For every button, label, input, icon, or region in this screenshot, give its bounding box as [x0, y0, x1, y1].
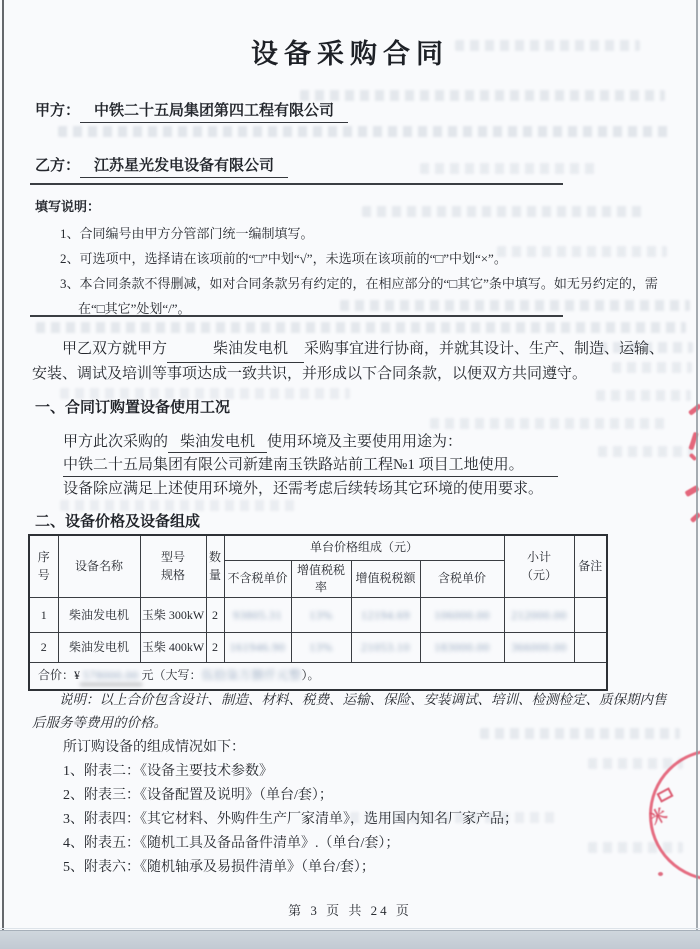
total-cell: 合价：¥578000.00元（大写：伍拾柒万捌仟元整）。 [29, 663, 607, 690]
redacted-value: 212000.00 [511, 607, 567, 624]
cell-model: 玉柴 300kW [140, 598, 206, 633]
section1-heading: 一、合同订购置设备使用工况 [35, 396, 230, 417]
scan-edge-right [696, 0, 698, 949]
section1-line1: 甲方此次采购的柴油发电机使用环境及主要使用用途为： [63, 430, 462, 453]
cell-vat-rate: 13% [291, 598, 351, 633]
bleedthrough-smudge [36, 322, 686, 333]
cell-qty: 2 [206, 598, 224, 633]
page-number: 第 3 页 共 24 页 [0, 900, 700, 919]
scan-edge-left [2, 0, 4, 949]
project-location-underlined: 中铁二十五局集团有限公司新建南玉铁路站前工程№1 项目工地使用。 [63, 453, 558, 477]
total-prefix: 合价：¥ [38, 668, 80, 682]
attachment-item: 3、附表四：《其它材料、外购件生产厂家清单》，选用国内知名厂家产品； [63, 808, 518, 828]
intro-text: 调试及培训等事项达成一致共识，并形成以下合同条款，以便双方共同遵守。 [77, 366, 587, 382]
redacted-value: 161946.90 [230, 639, 286, 656]
section1-line3: 设备除应满足上述使用环境外，还需考虑后续转场其它环境的使用要求。 [63, 477, 543, 498]
redacted-value: 183000.00 [434, 639, 490, 656]
section1-line1-prefix: 甲方此次采购的 [63, 434, 168, 450]
section1-filled-value: 柴油发电机 [168, 430, 267, 453]
redacted-value: 13% [309, 639, 333, 656]
bleedthrough-smudge [596, 390, 691, 401]
cell-vat-amount: 12194.69 [351, 598, 420, 633]
party-a-row: 甲方：中铁二十五局集团第四工程有限公司 [35, 99, 348, 123]
cell-subtotal: 212000.00 [504, 598, 574, 633]
bleedthrough-smudge [58, 126, 668, 137]
attachment-item: 5、附表六：《随机轴承及易损件清单》（单台/套）； [63, 856, 375, 876]
redacted-value: 93805.31 [233, 607, 282, 624]
col-header-subtotal: 小计 （元） [504, 535, 574, 598]
cell-qty: 2 [206, 633, 224, 663]
cell-no: 1 [29, 598, 58, 633]
order-composition-intro: 所订购设备的组成情况如下： [63, 736, 245, 756]
col-header-model: 型号 规格 [140, 535, 206, 598]
bleedthrough-smudge [598, 446, 693, 457]
cell-remark [574, 598, 607, 633]
redacted-value: 13% [309, 607, 333, 624]
col-header-qty: 数 量 [206, 535, 224, 598]
cell-name: 柴油发电机 [58, 633, 140, 663]
cell-price-ex-tax: 93805.31 [224, 598, 291, 633]
party-a-value: 中铁二十五局集团第四工程有限公司 [80, 99, 348, 123]
scan-bottom-band [0, 930, 700, 949]
bleedthrough-smudge [362, 206, 642, 217]
bleedthrough-smudge [300, 90, 665, 101]
redacted-total-caps: 伍拾柒万捌仟元整 [202, 667, 302, 684]
table-row: 1 柴油发电机 玉柴 300kW 2 93805.31 13% 12194.69… [29, 598, 607, 633]
party-b-label: 乙方： [35, 158, 80, 174]
cell-name: 柴油发电机 [58, 598, 140, 633]
intro-filled-value: 柴油发电机 [167, 338, 304, 363]
col-header-price-ex-tax: 不含税单价 [224, 560, 291, 598]
total-row: 合价：¥578000.00元（大写：伍拾柒万捌仟元整）。 [29, 663, 607, 690]
scanned-contract-page: 设备采购合同 甲方：中铁二十五局集团第四工程有限公司 乙方：江苏星光发电设备有限… [0, 0, 700, 949]
attachment-item: 2、附表三：《设备配置及说明》（单台/套）； [63, 784, 333, 804]
scan-bottom-hairline [0, 928, 700, 929]
fill-instructions-heading: 填写说明： [35, 196, 100, 215]
col-header-vat-rate: 增值税税率 [291, 560, 351, 598]
col-header-no: 序 号 [29, 535, 58, 598]
cell-remark [574, 633, 607, 663]
price-table: 序 号 设备名称 型号 规格 数 量 单台价格组成（元） 小计 （元） 备注 不… [28, 534, 608, 691]
cell-no: 2 [29, 633, 58, 663]
cell-vat-amount: 21053.10 [351, 633, 420, 663]
party-a-label: 甲方： [35, 103, 80, 119]
col-header-name: 设备名称 [58, 535, 140, 598]
table-row: 2 柴油发电机 玉柴 400kW 2 161946.90 13% 21053.1… [29, 633, 607, 663]
cell-model: 玉柴 400kW [140, 633, 206, 663]
page-title: 设备采购合同 [0, 32, 700, 71]
bleedthrough-smudge [340, 300, 690, 311]
attachment-item: 1、附表二：《设备主要技术参数》 [63, 760, 273, 780]
bleedthrough-smudge [497, 246, 667, 257]
col-header-remark: 备注 [574, 535, 607, 598]
separator-line [30, 315, 563, 317]
party-b-row: 乙方：江苏星光发电设备有限公司 [35, 154, 288, 178]
total-suffix: ）。 [302, 668, 320, 682]
separator-line [30, 183, 563, 185]
attachment-item: 4、附表五：《随机工具及备品备件清单》.（单台/套）； [63, 832, 399, 852]
redacted-value: 106000.00 [434, 607, 490, 624]
total-mid: 元（大写： [142, 668, 202, 682]
fill-instruction-item: 1、合同编号由甲方分管部门统一编制填写。 [60, 223, 314, 242]
section2-heading: 二、设备价格及设备组成 [35, 510, 200, 531]
col-header-price-inc-tax: 含税单价 [420, 560, 504, 598]
cell-price-ex-tax: 161946.90 [224, 633, 291, 663]
party-b-value: 江苏星光发电设备有限公司 [80, 154, 288, 178]
fill-instruction-item: 3、本合同条款不得删减，如对合同条款另有约定的，在相应部分的“□其它”条中填写。… [60, 273, 658, 292]
bleedthrough-smudge [430, 418, 670, 429]
cell-price-inc-tax: 106000.00 [420, 598, 504, 633]
col-header-price-group: 单台价格组成（元） [224, 535, 504, 560]
col-header-vat-amount: 增值税税额 [351, 560, 420, 598]
fill-instruction-item: 2、可选项中，选择请在该项前的“□”中划“√”，未选项在该项前的“□”中划“×”… [60, 248, 507, 267]
redacted-value: 21053.10 [361, 639, 410, 656]
cell-vat-rate: 13% [291, 633, 351, 663]
bleedthrough-smudge [420, 163, 600, 174]
intro-paragraph: 甲乙双方就甲方柴油发电机采购事宜进行协商，并就其设计、生产、制造、运输、安装、调… [32, 338, 672, 386]
cell-price-inc-tax: 183000.00 [420, 633, 504, 663]
redacted-total-value: 578000.00 [80, 667, 142, 685]
price-note-paragraph: 说明：以上合价包含设计、制造、材料、税费、运输、保险、安装调试、培训、检测检定、… [32, 688, 672, 734]
redacted-value: 366000.00 [511, 639, 567, 656]
cell-subtotal: 366000.00 [504, 633, 574, 663]
redacted-value: 12194.69 [361, 607, 410, 624]
section1-line2: 中铁二十五局集团有限公司新建南玉铁路站前工程№1 项目工地使用。 [63, 453, 558, 477]
section1-line1-suffix: 使用环境及主要使用用途为： [267, 434, 462, 450]
intro-text: 甲乙双方就甲方 [62, 341, 167, 357]
